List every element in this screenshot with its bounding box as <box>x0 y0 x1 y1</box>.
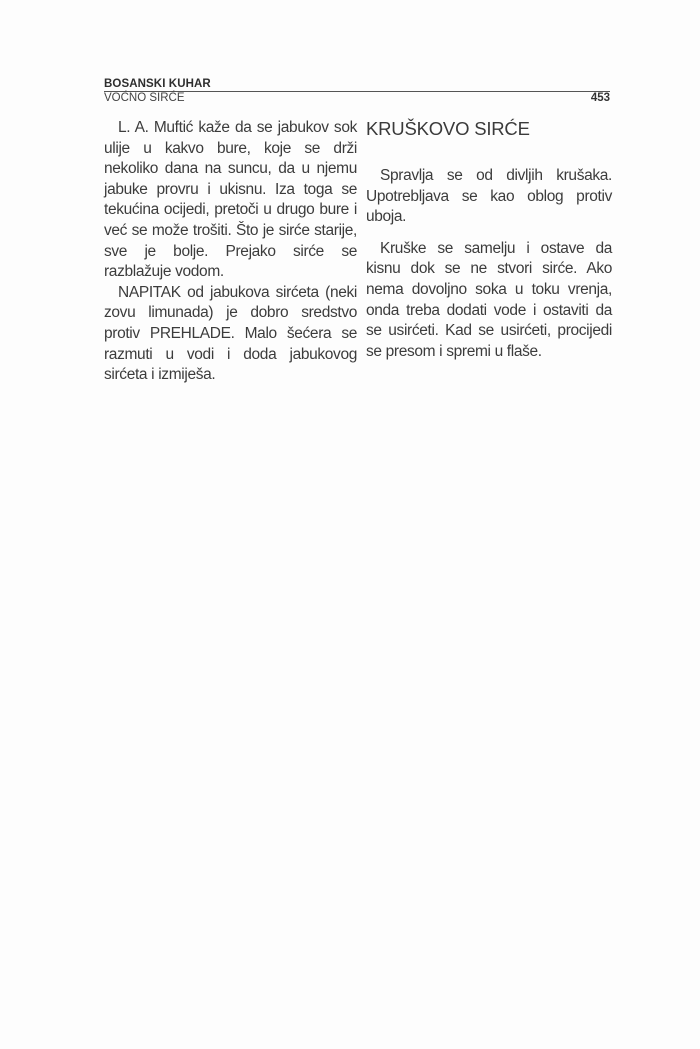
paragraph-napitak: NAPITAK od jabukova sirćeta (neki zovu l… <box>104 283 357 386</box>
chapter-title: VOĆNO SIRĆE <box>104 92 185 104</box>
section-title: KRUŠKOVO SIRĆE <box>366 118 612 140</box>
running-head: BOSANSKI KUHAR VOĆNO SIRĆE 453 <box>104 78 610 104</box>
book-title: BOSANSKI KUHAR <box>104 78 610 91</box>
header-row: VOĆNO SIRĆE 453 <box>104 92 610 104</box>
book-page: BOSANSKI KUHAR VOĆNO SIRĆE 453 L. A. Muf… <box>0 0 700 1049</box>
left-column: L. A. Muftić kaže da se jabukov sok ulij… <box>104 118 357 386</box>
right-column: KRUŠKOVO SIRĆE Spravlja se od divljih kr… <box>366 118 612 362</box>
paragraph-spravlja: Spravlja se od divljih krušaka. Upotrebl… <box>366 166 612 228</box>
paragraph-muftic: L. A. Muftić kaže da se jabukov sok ulij… <box>104 118 357 283</box>
page-number: 453 <box>591 92 610 104</box>
paragraph-kruske: Kruške se samelju i ostave da kisnu dok … <box>366 239 612 363</box>
